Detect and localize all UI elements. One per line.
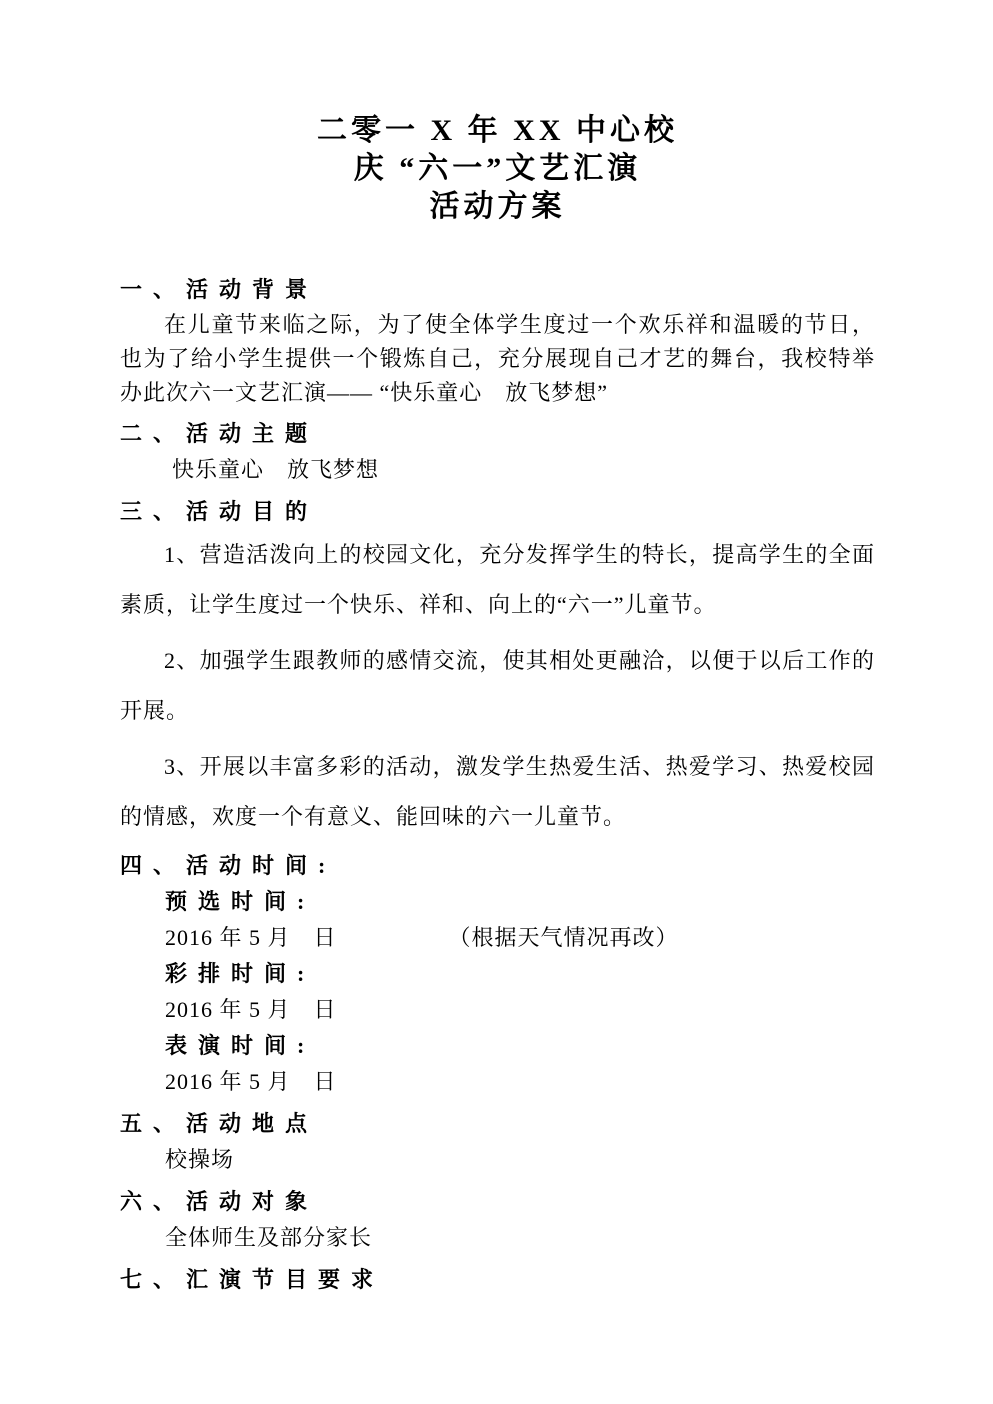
section-heading: 四、活动时间: (120, 848, 875, 884)
schedule-row: 2016 年 5 月 日 (120, 1064, 875, 1100)
doc-title-line-3: 活动方案 (120, 188, 875, 226)
paragraph: 2、加强学生跟教师的感情交流，使其相处更融洽，以便于以后工作的开展。 (120, 636, 875, 736)
section-heading: 五、活动地点 (120, 1106, 875, 1142)
section-heading: 六、活动对象 (120, 1184, 875, 1220)
doc-title: 二零一 X 年 XX 中心校 庆 “六一”文艺汇演 活动方案 (120, 112, 875, 226)
section-heading: 三、活动目的 (120, 494, 875, 530)
paragraph: 1、营造活泼向上的校园文化，充分发挥学生的特长，提高学生的全面素质，让学生度过一… (120, 530, 875, 630)
schedule-label-performance: 表演时间: (120, 1028, 875, 1064)
section-activity-theme: 二、活动主题 快乐童心 放飞梦想 (120, 416, 875, 488)
section-activity-participants: 六、活动对象 全体师生及部分家长 (120, 1184, 875, 1256)
section-activity-location: 五、活动地点 校操场 (120, 1106, 875, 1178)
schedule-value: 2016 年 5 月 日 (165, 997, 337, 1022)
document-page: 二零一 X 年 XX 中心校 庆 “六一”文艺汇演 活动方案 一、活动背景 在儿… (0, 0, 993, 1404)
schedule-row: 2016 年 5 月 日 (120, 992, 875, 1028)
section-program-requirements: 七、汇演节目要求 (120, 1262, 875, 1298)
section-heading: 一、活动背景 (120, 272, 875, 308)
schedule-row: 2016 年 5 月 日（根据天气情况再改） (120, 920, 875, 956)
location-line: 校操场 (120, 1142, 875, 1178)
section-activity-time: 四、活动时间: 预选时间: 2016 年 5 月 日（根据天气情况再改） 彩排时… (120, 848, 875, 1100)
schedule-label-rehearsal: 彩排时间: (120, 956, 875, 992)
section-heading: 七、汇演节目要求 (120, 1262, 875, 1298)
section-activity-purpose: 三、活动目的 1、营造活泼向上的校园文化，充分发挥学生的特长，提高学生的全面素质… (120, 494, 875, 842)
participants-line: 全体师生及部分家长 (120, 1220, 875, 1256)
section-heading: 二、活动主题 (120, 416, 875, 452)
theme-line: 快乐童心 放飞梦想 (120, 452, 875, 488)
schedule-value: 2016 年 5 月 日 (165, 1069, 337, 1094)
paragraph: 3、开展以丰富多彩的活动，激发学生热爱生活、热爱学习、热爱校园的情感，欢度一个有… (120, 742, 875, 842)
schedule-label-preselection: 预选时间: (120, 884, 875, 920)
section-activity-background: 一、活动背景 在儿童节来临之际，为了使全体学生度过一个欢乐祥和温暖的节日，也为了… (120, 272, 875, 410)
doc-body: 一、活动背景 在儿童节来临之际，为了使全体学生度过一个欢乐祥和温暖的节日，也为了… (120, 272, 875, 1298)
doc-title-line-1: 二零一 X 年 XX 中心校 (120, 112, 875, 150)
schedule-value: 2016 年 5 月 日 (165, 925, 337, 950)
paragraph: 在儿童节来临之际，为了使全体学生度过一个欢乐祥和温暖的节日，也为了给小学生提供一… (120, 308, 875, 410)
schedule-note: （根据天气情况再改） (449, 925, 679, 950)
doc-title-line-2: 庆 “六一”文艺汇演 (120, 150, 875, 188)
